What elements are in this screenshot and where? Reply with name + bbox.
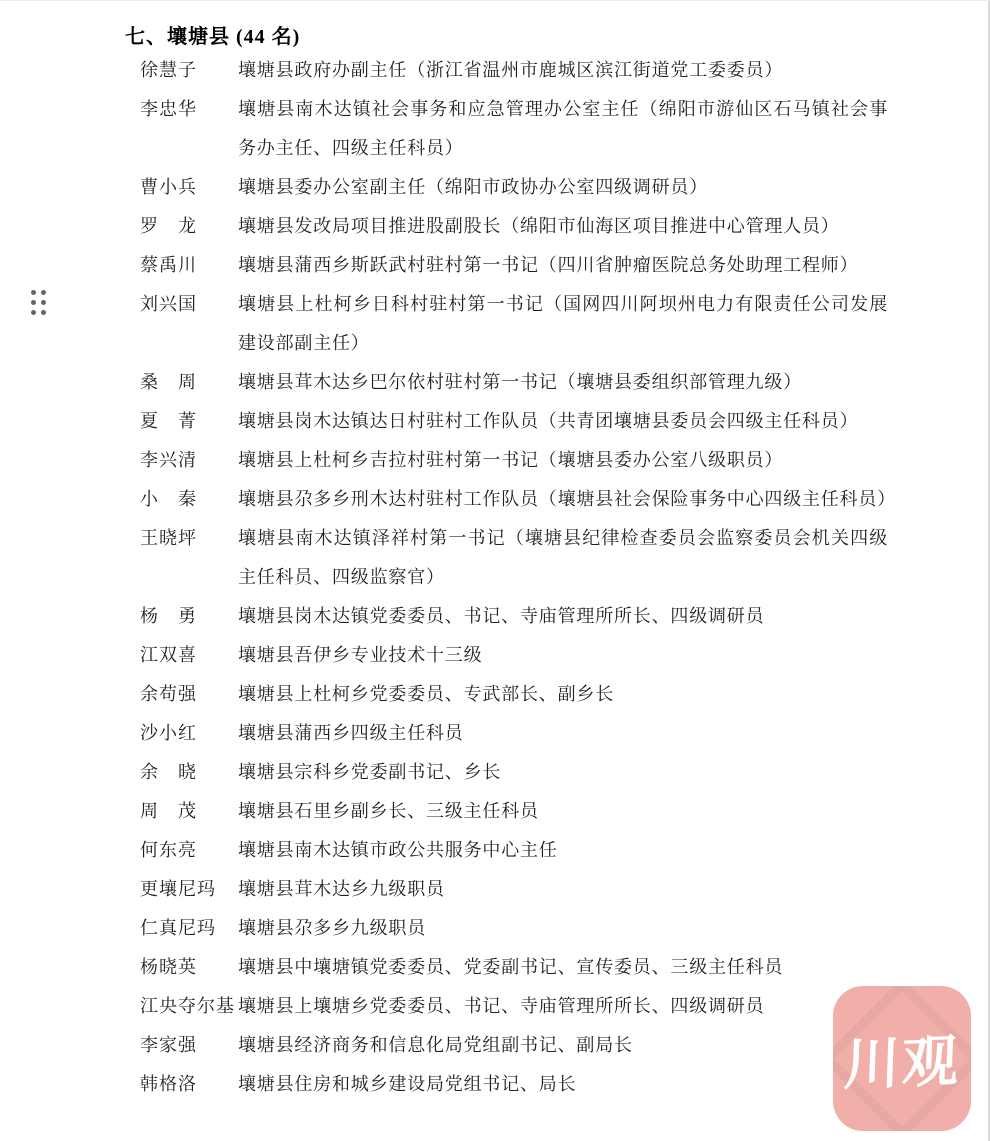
- grip-dot: [41, 290, 46, 295]
- person-position: 壤塘县岗木达镇达日村驻村工作队员（共青团壤塘县委员会四级主任科员）: [238, 402, 888, 441]
- roster-entry: 刘兴国 壤塘县上杜柯乡日科村驻村第一书记（国网四川阿坝州电力有限责任公司发展建设…: [140, 285, 900, 363]
- grip-dot: [41, 310, 46, 315]
- person-name: 王晓坪: [140, 519, 238, 558]
- person-name: 李兴清: [140, 441, 238, 480]
- person-position: 壤塘县宗科乡党委副书记、乡长: [238, 753, 888, 792]
- person-position: 壤塘县经济商务和信息化局党组副书记、副局长: [238, 1026, 888, 1065]
- person-position: 壤塘县住房和城乡建设局党组书记、局长: [238, 1065, 888, 1104]
- person-name: 小 秦: [140, 480, 238, 519]
- roster-entry: 韩格洛 壤塘县住房和城乡建设局党组书记、局长: [140, 1065, 900, 1104]
- person-position: 壤塘县上杜柯乡日科村驻村第一书记（国网四川阿坝州电力有限责任公司发展建设部副主任…: [238, 285, 888, 363]
- person-position: 壤塘县中壤塘镇党委委员、党委副书记、宣传委员、三级主任科员: [238, 948, 888, 987]
- roster-entry: 李忠华 壤塘县南木达镇社会事务和应急管理办公室主任（绵阳市游仙区石马镇社会事务办…: [140, 90, 900, 168]
- roster-entry: 王晓坪 壤塘县南木达镇泽祥村第一书记（壤塘县纪律检查委员会监察委员会机关四级主任…: [140, 519, 900, 597]
- person-position: 壤塘县吾伊乡专业技术十三级: [238, 636, 888, 675]
- person-name: 徐慧子: [140, 51, 238, 90]
- person-name: 沙小红: [140, 714, 238, 753]
- section-title: 七、壤塘县 (44 名): [125, 20, 300, 49]
- person-position: 壤塘县石里乡副乡长、三级主任科员: [238, 792, 888, 831]
- person-position: 壤塘县发改局项目推进股副股长（绵阳市仙海区项目推进中心管理人员）: [238, 207, 888, 246]
- roster-entry: 桑 周 壤塘县茸木达乡巴尔依村驻村第一书记（壤塘县委组织部管理九级）: [140, 363, 900, 402]
- person-name: 杨晓英: [140, 948, 238, 987]
- person-position: 壤塘县尕多乡刑木达村驻村工作队员（壤塘县社会保险事务中心四级主任科员）: [238, 480, 888, 519]
- person-position: 壤塘县上杜柯乡吉拉村驻村第一书记（壤塘县委办公室八级职员）: [238, 441, 888, 480]
- roster-entry: 小 秦 壤塘县尕多乡刑木达村驻村工作队员（壤塘县社会保险事务中心四级主任科员）: [140, 480, 900, 519]
- roster-entry: 曹小兵 壤塘县委办公室副主任（绵阳市政协办公室四级调研员）: [140, 168, 900, 207]
- roster-entry: 更壤尼玛 壤塘县茸木达乡九级职员: [140, 870, 900, 909]
- roster-entry: 罗 龙 壤塘县发改局项目推进股副股长（绵阳市仙海区项目推进中心管理人员）: [140, 207, 900, 246]
- person-name: 桑 周: [140, 363, 238, 402]
- person-position: 壤塘县茸木达乡九级职员: [238, 870, 888, 909]
- person-name: 蔡禹川: [140, 246, 238, 285]
- roster-entry: 李家强 壤塘县经济商务和信息化局党组副书记、副局长: [140, 1026, 900, 1065]
- person-position: 壤塘县南木达镇泽祥村第一书记（壤塘县纪律检查委员会监察委员会机关四级主任科员、四…: [238, 519, 888, 597]
- grip-dot: [31, 300, 36, 305]
- person-position: 壤塘县茸木达乡巴尔依村驻村第一书记（壤塘县委组织部管理九级）: [238, 363, 888, 402]
- roster-entry: 江双喜 壤塘县吾伊乡专业技术十三级: [140, 636, 900, 675]
- roster-entry: 夏 菁 壤塘县岗木达镇达日村驻村工作队员（共青团壤塘县委员会四级主任科员）: [140, 402, 900, 441]
- person-position: 壤塘县岗木达镇党委委员、书记、寺庙管理所所长、四级调研员: [238, 597, 888, 636]
- grip-dot: [31, 310, 36, 315]
- roster-entry: 沙小红 壤塘县蒲西乡四级主任科员: [140, 714, 900, 753]
- person-name: 李家强: [140, 1026, 238, 1065]
- document-page: 七、壤塘县 (44 名) 徐慧子 壤塘县政府办副主任（浙江省温州市鹿城区滨江街道…: [0, 0, 990, 1141]
- roster-entry: 何东亮 壤塘县南木达镇市政公共服务中心主任: [140, 831, 900, 870]
- roster-entry: 李兴清 壤塘县上杜柯乡吉拉村驻村第一书记（壤塘县委办公室八级职员）: [140, 441, 900, 480]
- roster-entry: 蔡禹川 壤塘县蒲西乡斯跃武村驻村第一书记（四川省肿瘤医院总务处助理工程师）: [140, 246, 900, 285]
- chuanguan-watermark-logo: 川观: [833, 986, 971, 1131]
- person-name: 罗 龙: [140, 207, 238, 246]
- person-name: 仁真尼玛: [140, 909, 238, 948]
- roster-entry: 余苟强 壤塘县上杜柯乡党委委员、专武部长、副乡长: [140, 675, 900, 714]
- person-name: 江央夺尔基: [140, 987, 238, 1026]
- person-position: 壤塘县蒲西乡四级主任科员: [238, 714, 888, 753]
- person-position: 壤塘县蒲西乡斯跃武村驻村第一书记（四川省肿瘤医院总务处助理工程师）: [238, 246, 888, 285]
- person-name: 余 晓: [140, 753, 238, 792]
- roster-entry: 江央夺尔基 壤塘县上壤塘乡党委委员、书记、寺庙管理所所长、四级调研员: [140, 987, 900, 1026]
- person-position: 壤塘县南木达镇市政公共服务中心主任: [238, 831, 888, 870]
- person-name: 夏 菁: [140, 402, 238, 441]
- roster-entry: 徐慧子 壤塘县政府办副主任（浙江省温州市鹿城区滨江街道党工委委员）: [140, 51, 900, 90]
- roster-entry: 杨 勇 壤塘县岗木达镇党委委员、书记、寺庙管理所所长、四级调研员: [140, 597, 900, 636]
- grip-dot: [41, 300, 46, 305]
- drag-handle-icon[interactable]: [31, 290, 46, 315]
- person-name: 余苟强: [140, 675, 238, 714]
- person-name: 何东亮: [140, 831, 238, 870]
- roster-entry: 余 晓 壤塘县宗科乡党委副书记、乡长: [140, 753, 900, 792]
- roster-entry: 杨晓英 壤塘县中壤塘镇党委委员、党委副书记、宣传委员、三级主任科员: [140, 948, 900, 987]
- grip-dot: [31, 290, 36, 295]
- watermark-text: 川观: [842, 1017, 961, 1101]
- person-position: 壤塘县政府办副主任（浙江省温州市鹿城区滨江街道党工委委员）: [238, 51, 888, 90]
- person-name: 韩格洛: [140, 1065, 238, 1104]
- roster-entry: 周 茂 壤塘县石里乡副乡长、三级主任科员: [140, 792, 900, 831]
- person-position: 壤塘县上杜柯乡党委委员、专武部长、副乡长: [238, 675, 888, 714]
- person-name: 周 茂: [140, 792, 238, 831]
- person-position: 壤塘县上壤塘乡党委委员、书记、寺庙管理所所长、四级调研员: [238, 987, 888, 1026]
- person-position: 壤塘县尕多乡九级职员: [238, 909, 888, 948]
- roster-list: 徐慧子 壤塘县政府办副主任（浙江省温州市鹿城区滨江街道党工委委员） 李忠华 壤塘…: [140, 51, 900, 1104]
- person-position: 壤塘县委办公室副主任（绵阳市政协办公室四级调研员）: [238, 168, 888, 207]
- person-name: 杨 勇: [140, 597, 238, 636]
- person-name: 刘兴国: [140, 285, 238, 324]
- person-name: 曹小兵: [140, 168, 238, 207]
- person-name: 李忠华: [140, 90, 238, 129]
- person-name: 更壤尼玛: [140, 870, 238, 909]
- person-name: 江双喜: [140, 636, 238, 675]
- person-position: 壤塘县南木达镇社会事务和应急管理办公室主任（绵阳市游仙区石马镇社会事务办主任、四…: [238, 90, 888, 168]
- roster-entry: 仁真尼玛 壤塘县尕多乡九级职员: [140, 909, 900, 948]
